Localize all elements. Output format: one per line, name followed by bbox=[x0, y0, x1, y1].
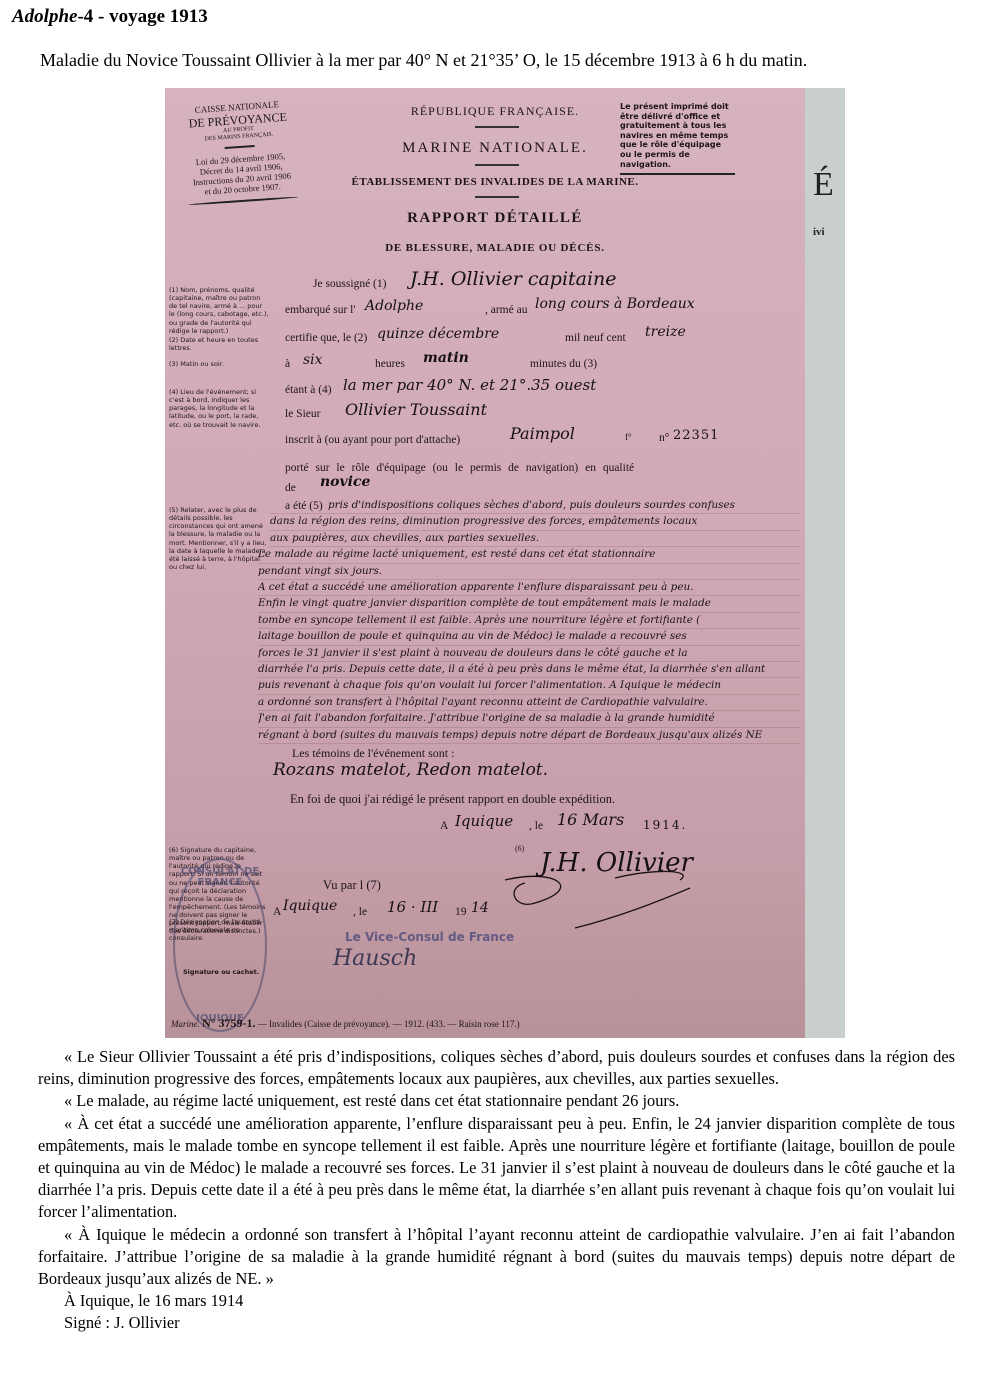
report-line: aux paupières, aux chevilles, aux partie… bbox=[270, 531, 800, 547]
report-line: pris d'indispositions coliques sèches d'… bbox=[270, 498, 800, 514]
certifie-label: certifie que, le (2) bbox=[285, 332, 367, 344]
no-value: 22351 bbox=[673, 428, 719, 443]
temoins-label: Les témoins de l'événement sont : bbox=[292, 746, 454, 761]
mil-label: mil neuf cent bbox=[565, 332, 626, 344]
stamp-top-text: CONSULAT DE FRANCE bbox=[175, 866, 265, 888]
caisse-header: CAISSE NATIONALE DE PRÉVOYANCE AU PROFIT… bbox=[182, 98, 299, 206]
vu-year-prefix: 19 bbox=[455, 906, 467, 918]
date-le-label: , le bbox=[529, 820, 543, 832]
sieur-label: le Sieur bbox=[285, 408, 320, 420]
note-3: (3) Matin ou soir. bbox=[169, 360, 269, 368]
de-value: novice bbox=[320, 474, 370, 490]
divider bbox=[225, 145, 255, 149]
divider bbox=[475, 196, 519, 198]
divider bbox=[188, 196, 298, 206]
report-line: A cet état a succédé une amélioration ap… bbox=[258, 580, 800, 596]
transcription-paragraph: « Le malade, au régime lacté uniquement,… bbox=[38, 1090, 955, 1112]
report-line: forces le 31 janvier il s'est plaint à n… bbox=[258, 646, 800, 662]
note-5: (5) Relater, avec le plus de détails pos… bbox=[169, 506, 269, 571]
year-value: 1914. bbox=[643, 818, 687, 832]
minutes-label: minutes du (3) bbox=[530, 358, 597, 370]
rapport-title: RAPPORT DÉTAILLÉ bbox=[295, 210, 695, 227]
page-heading: Adolphe-4 - voyage 1913 bbox=[12, 6, 208, 28]
sig-note: (6) bbox=[515, 844, 524, 853]
note-2: (2) Date et heure en toutes lettres. bbox=[169, 336, 269, 352]
de-label: de bbox=[285, 482, 296, 494]
certifie-value: quinze décembre bbox=[377, 326, 499, 342]
report-line: J'en ai fait l'abandon forfaitaire. J'at… bbox=[258, 711, 800, 727]
report-line: Enfin le vingt quatre janvier disparitio… bbox=[258, 596, 800, 612]
soussigne-label: Je soussigné (1) bbox=[313, 278, 386, 290]
report-line: pendant vingt six jours. bbox=[258, 564, 800, 580]
adjacent-letter: É bbox=[813, 166, 834, 204]
adjacent-fragment: ivi bbox=[813, 226, 825, 238]
place-prefix: A bbox=[440, 820, 448, 832]
inscrit-label: inscrit à (ou ayant pour port d'attache) bbox=[285, 434, 460, 446]
report-line: laitage bouillon de poule et quinquina a… bbox=[258, 629, 800, 645]
adjacent-page: É ivi bbox=[805, 88, 845, 1038]
vu-par-label: Vu par l (7) bbox=[323, 878, 381, 893]
mil-value: treize bbox=[645, 324, 686, 340]
handwritten-report: pris d'indispositions coliques sèches d'… bbox=[270, 498, 800, 744]
page-subtitle: Maladie du Novice Toussaint Ollivier à l… bbox=[40, 50, 807, 71]
transcription-paragraph: « À cet état a succédé une amélioration … bbox=[38, 1113, 955, 1224]
porte-label: porté sur le rôle d'équipage (ou le perm… bbox=[285, 462, 634, 474]
fo-label: f° bbox=[625, 432, 632, 442]
heures-value: matin bbox=[423, 350, 469, 366]
signature-flourish bbox=[495, 858, 795, 948]
etablissement-title: ÉTABLISSEMENT DES INVALIDES DE LA MARINE… bbox=[265, 176, 725, 188]
en-foi-text: En foi de quoi j'ai rédigé le présent ra… bbox=[290, 792, 615, 807]
sieur-value: Ollivier Toussaint bbox=[345, 400, 487, 419]
temoins-value: Rozans matelot, Redon matelot. bbox=[273, 760, 548, 780]
report-line: tombe en syncope tellement il est faible… bbox=[258, 613, 800, 629]
embarque-value: Adolphe bbox=[365, 298, 423, 314]
blessure-subtitle: DE BLESSURE, MALADIE OU DÉCÈS. bbox=[295, 242, 695, 254]
note-4: (4) Lieu de l'événement; si c'est à bord… bbox=[169, 388, 269, 429]
report-line: régnant à bord (suites du mauvais temps)… bbox=[258, 728, 800, 744]
heading-rest: -4 - voyage 1913 bbox=[77, 6, 207, 27]
place-value: Iquique bbox=[455, 812, 513, 830]
heures-label: heures bbox=[375, 358, 405, 370]
form-footer: Marine. N° 3759-1. — Invalides (Caisse d… bbox=[171, 1016, 520, 1031]
no-label: n° bbox=[659, 432, 669, 444]
date-value: 16 Mars bbox=[557, 810, 624, 829]
caisse-laws: Loi du 29 décembre 1905, Décret du 14 av… bbox=[185, 150, 298, 198]
document-photo: CAISSE NATIONALE DE PRÉVOYANCE AU PROFIT… bbox=[165, 88, 845, 1038]
divider bbox=[475, 164, 519, 166]
note-1: (1) Nom, prénoms, qualité (capitaine, ma… bbox=[169, 286, 269, 335]
vu-place-value: Iquique bbox=[283, 898, 337, 914]
transcription: « Le Sieur Ollivier Toussaint a été pris… bbox=[38, 1046, 955, 1335]
transcription-place-date: À Iquique, le 16 mars 1914 bbox=[38, 1290, 955, 1312]
report-line: Le malade au régime lacté uniquement, es… bbox=[258, 547, 800, 563]
vice-consul-signature: Hausch bbox=[333, 946, 417, 971]
footer-marine: Marine. bbox=[171, 1019, 200, 1029]
a-value: six bbox=[303, 352, 323, 368]
vice-consul-stamp: Le Vice-Consul de France bbox=[345, 930, 514, 944]
vu-year-value: 14 bbox=[471, 900, 489, 916]
vu-place-prefix: A bbox=[273, 906, 281, 918]
transcription-paragraph: « Le Sieur Ollivier Toussaint a été pris… bbox=[38, 1046, 955, 1090]
divider bbox=[475, 126, 519, 128]
embarque-label: embarqué sur l' bbox=[285, 304, 355, 316]
report-line: dans la région des reins, diminution pro… bbox=[270, 514, 800, 530]
arme-value: long cours à Bordeaux bbox=[535, 296, 695, 312]
transcription-paragraph: « À Iquique le médecin a ordonné son tra… bbox=[38, 1224, 955, 1291]
etant-label: étant à (4) bbox=[285, 384, 332, 396]
footer-number: N° 3759-1. bbox=[202, 1016, 255, 1030]
form-paper: CAISSE NATIONALE DE PRÉVOYANCE AU PROFIT… bbox=[165, 88, 805, 1038]
ship-name: Adolphe bbox=[12, 6, 77, 27]
a-label: à bbox=[285, 358, 290, 370]
vu-date-le-label: , le bbox=[353, 906, 367, 918]
republique-title: RÉPUBLIQUE FRANÇAISE. bbox=[295, 104, 695, 119]
soussigne-value: J.H. Ollivier capitaine bbox=[410, 268, 617, 290]
transcription-signed: Signé : J. Ollivier bbox=[38, 1312, 955, 1334]
divider bbox=[620, 173, 735, 175]
report-line: puis revenant à chaque fois qu'on voulai… bbox=[258, 678, 800, 694]
inscrit-value: Paimpol bbox=[510, 424, 575, 443]
report-line: a ordonné son transfert à l'hôpital l'ay… bbox=[258, 695, 800, 711]
consulate-stamp: CONSULAT DE FRANCE IQUIQUE bbox=[173, 858, 267, 1032]
report-line: diarrhée l'a pris. Depuis cette date, il… bbox=[258, 662, 800, 678]
footer-rest: — Invalides (Caisse de prévoyance). — 19… bbox=[258, 1019, 520, 1029]
arme-label: , armé au bbox=[485, 304, 527, 316]
vu-date-value: 16 · III bbox=[387, 898, 438, 916]
marine-title: MARINE NATIONALE. bbox=[295, 140, 695, 157]
etant-value: la mer par 40° N. et 21°.35 ouest bbox=[343, 376, 596, 394]
